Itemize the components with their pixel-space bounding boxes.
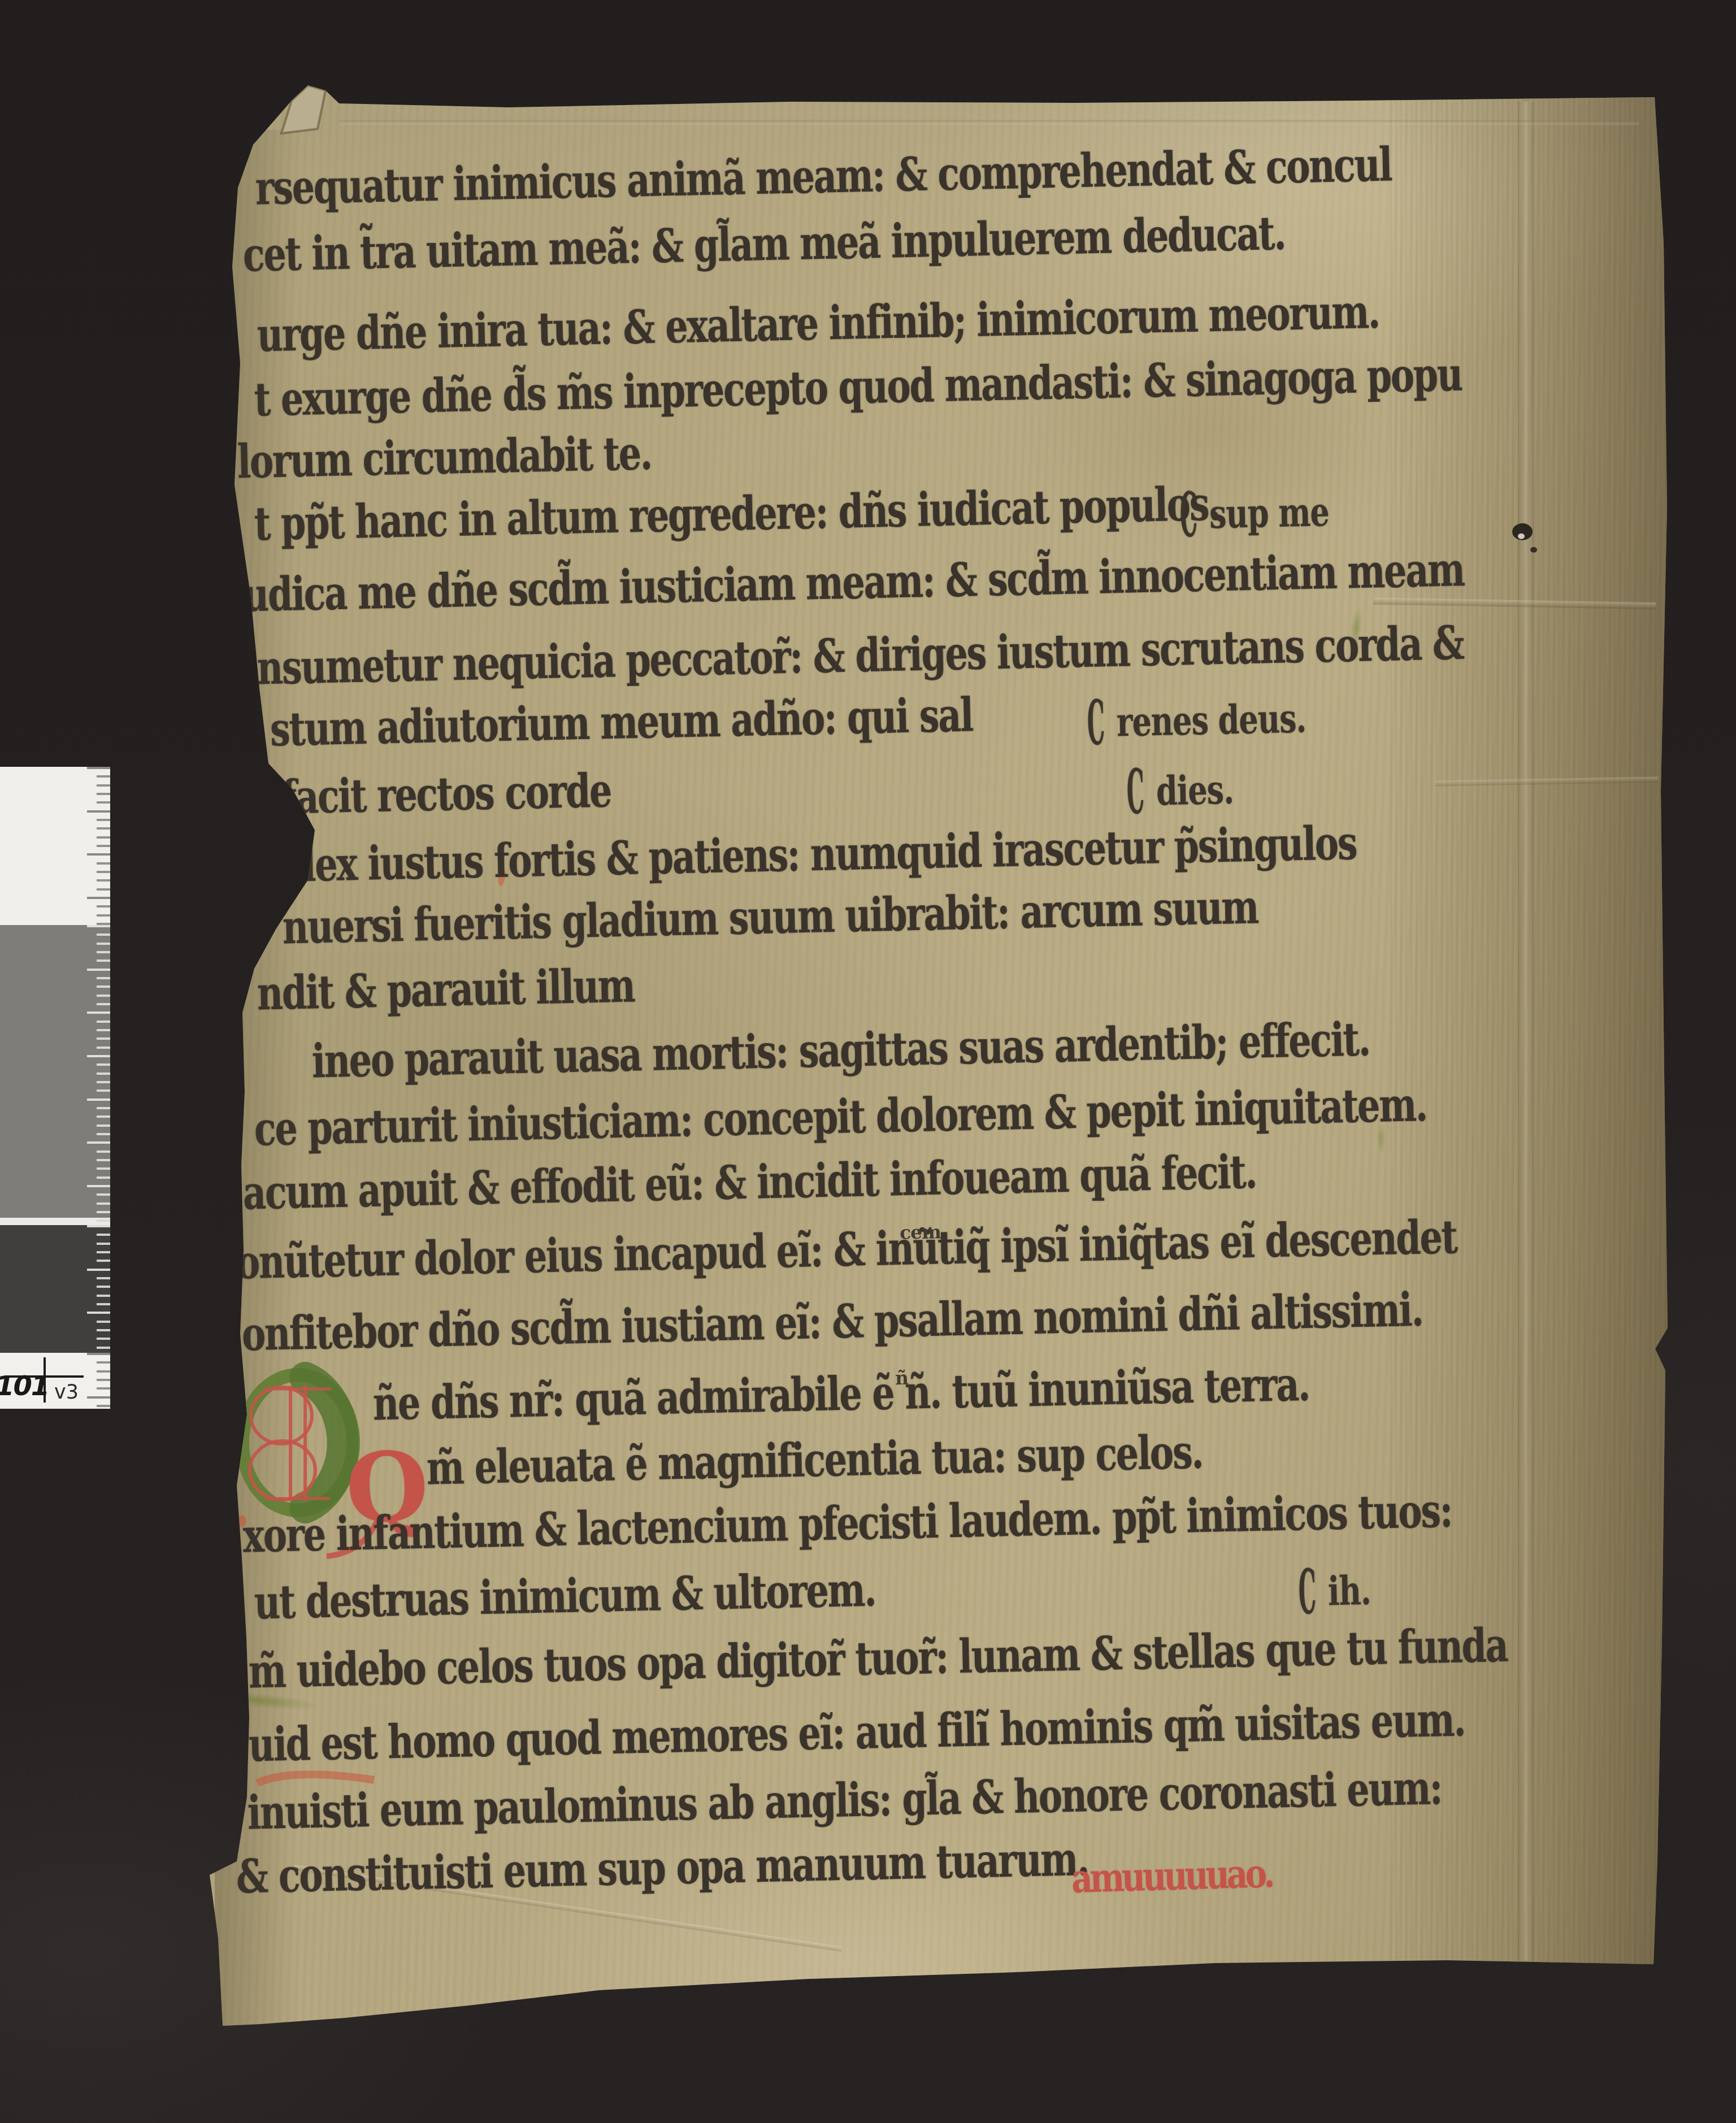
manuscript-line: ut destruas inimicum & ultorem. <box>254 1567 876 1626</box>
red-line-filler: amuuuuuao. <box>1071 1853 1273 1898</box>
cue-text: renes deus. <box>1116 694 1307 745</box>
capitulum-mark-icon: C <box>1179 484 1198 545</box>
cue-text: dies. <box>1156 766 1234 814</box>
shelfmark-label: 101 <box>0 1373 49 1400</box>
capitulum-mark-icon: C <box>1298 1561 1317 1622</box>
manuscript-line: facit rectos corde <box>281 767 611 820</box>
cue-text: sup me <box>1209 488 1329 538</box>
rubric-cue: Csup me <box>1176 492 1329 535</box>
interlinear-note: cem <box>900 1222 941 1242</box>
ruler-ticks <box>87 1225 110 1353</box>
rubric-cue: Cih. <box>1295 1570 1371 1612</box>
capitulum-mark-icon: C <box>1087 692 1105 753</box>
ruler-card: 101 v3 <box>0 767 110 1409</box>
manuscript-line: stum adiutorium meum adño: qui sal <box>270 692 973 753</box>
capitulum-mark-icon: C <box>1126 761 1145 822</box>
folded-corner-flap <box>281 85 325 133</box>
ruler-ticks <box>87 1353 110 1409</box>
ruler-ticks <box>87 925 110 1225</box>
interlinear-note: ñ <box>895 1369 909 1387</box>
version-label: v3 <box>54 1383 79 1403</box>
cue-text: ih. <box>1327 1567 1371 1615</box>
manuscript-line: ndit & parauit illum <box>257 963 635 1017</box>
parchment-leaf: Q rsequatur inimicus animã meam: & compr… <box>0 0 1736 2123</box>
ruler-ticks <box>87 767 110 925</box>
faded-red-swash <box>257 1774 374 1783</box>
rubric-cue: Cdies. <box>1123 770 1234 811</box>
rubric-cue: Crenes deus. <box>1083 698 1307 743</box>
manuscript-photograph: 101 v3 Q rsequatur inim <box>0 0 1736 2123</box>
manuscript-line: lorum circumdabit te. <box>237 430 652 485</box>
